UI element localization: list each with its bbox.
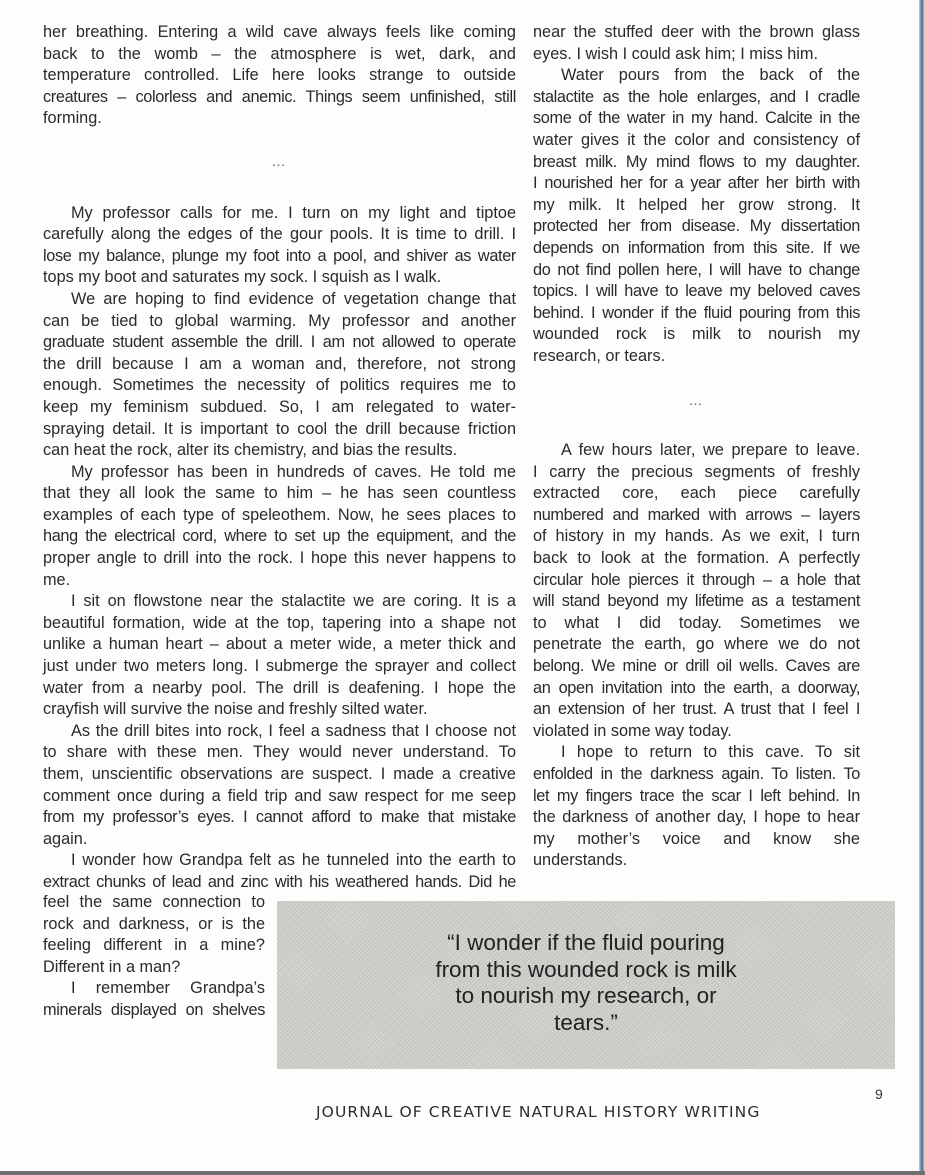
section-separator: … — [43, 151, 516, 173]
pull-quote-line: tears.” — [406, 1010, 766, 1037]
text-line: let my fingers trace the scar I left beh… — [533, 786, 860, 808]
text-line: stalactite as the hole enlarges, and I c… — [533, 87, 860, 109]
paragraph-hope-to-return: I hope to return to this cave. To sit en… — [533, 742, 860, 872]
text-line: that they all look the same to him – he … — [43, 483, 516, 505]
left-column: her breathing. Entering a wild cave alwa… — [43, 22, 516, 894]
text-line: back to look at the formation. A perfect… — [533, 548, 860, 570]
text-line: do not find pollen here, I will have to … — [533, 260, 860, 282]
text-line: I wonder how Grandpa felt as he tunneled… — [43, 850, 516, 872]
text-line: belong. We mine or drill oil wells. Cave… — [533, 656, 860, 678]
text-line: penetrate the earth, go where we do not — [533, 634, 860, 656]
text-line: We are hoping to find evidence of vegeta… — [43, 289, 516, 311]
text-line: tops my boot and saturates my sock. I sq… — [43, 267, 516, 289]
text-line: near the stuffed deer with the brown gla… — [533, 22, 860, 44]
page-number: 9 — [875, 1086, 883, 1102]
paragraph-stuffed-deer: near the stuffed deer with the brown gla… — [533, 22, 860, 65]
text-line: My professor has been in hundreds of cav… — [43, 462, 516, 484]
text-line: creatures – colorless and anemic. Things… — [43, 87, 516, 109]
text-line: her breathing. Entering a wild cave alwa… — [43, 22, 516, 44]
paragraph-drill-bites: As the drill bites into rock, I feel a s… — [43, 721, 516, 851]
text-line: I sit on flowstone near the stalactite w… — [43, 591, 516, 613]
text-line: keep my feminism subdued. So, I am releg… — [43, 397, 516, 419]
page-edge-bottom — [0, 1171, 925, 1175]
text-line: carefully along the edges of the gour po… — [43, 224, 516, 246]
spacer — [43, 173, 516, 203]
text-line: I nourished her for a year after her bir… — [533, 173, 860, 195]
text-line: the drill because I am a woman and, ther… — [43, 354, 516, 376]
text-line: just under two meters long. I submerge t… — [43, 656, 516, 678]
text-line: I carry the precious segments of freshly — [533, 462, 860, 484]
paragraph-hundreds-of-caves: My professor has been in hundreds of cav… — [43, 462, 516, 592]
text-line: again. — [43, 829, 516, 851]
text-line: crayfish will survive the noise and fres… — [43, 699, 516, 721]
paragraph-grandpa-tunneled: I wonder how Grandpa felt as he tunneled… — [43, 850, 516, 893]
text-line: me. — [43, 570, 516, 592]
section-separator: … — [533, 390, 860, 412]
text-line: I remember Grandpa’s — [43, 978, 265, 1000]
pull-quote-line: to nourish my research, or — [406, 983, 766, 1010]
text-line: extracted core, each piece carefully — [533, 483, 860, 505]
text-line: beautiful formation, wide at the top, ta… — [43, 613, 516, 635]
text-line: will stand beyond my lifetime as a testa… — [533, 591, 860, 613]
text-line: extract chunks of lead and zinc with his… — [43, 872, 516, 894]
text-line: to what I did today. Sometimes we — [533, 613, 860, 635]
paragraph-flowstone: I sit on flowstone near the stalactite w… — [43, 591, 516, 721]
text-line: an extension of her trust. A trust that … — [533, 699, 860, 721]
text-line: My professor calls for me. I turn on my … — [43, 203, 516, 225]
text-line: behind. I wonder if the fluid pouring fr… — [533, 303, 860, 325]
text-line: lose my balance, plunge my foot into a p… — [43, 246, 516, 268]
text-line: hang the electrical cord, where to set u… — [43, 526, 516, 548]
text-line: breast milk. My mind flows to my daughte… — [533, 152, 860, 174]
text-line: an open invitation into the earth, a doo… — [533, 678, 860, 700]
text-line: water from a nearby pool. The drill is d… — [43, 678, 516, 700]
page-edge-right — [919, 0, 925, 1175]
text-line: comment once during a field trip and saw… — [43, 786, 516, 808]
text-line: wounded rock is milk to nourish my — [533, 324, 860, 346]
text-line: forming. — [43, 108, 516, 130]
text-line: depends on information from this site. I… — [533, 238, 860, 260]
right-column: near the stuffed deer with the brown gla… — [533, 22, 860, 872]
text-line: protected her from disease. My dissertat… — [533, 216, 860, 238]
text-line: of history in my hands. As we exit, I tu… — [533, 526, 860, 548]
spacer — [43, 130, 516, 151]
text-line: rock and darkness, or is the — [43, 914, 265, 936]
text-line: some of the water in my hand. Calcite in… — [533, 108, 860, 130]
text-line: feeling different in a mine? — [43, 935, 265, 957]
text-line: circular hole pierces it through – a hol… — [533, 570, 860, 592]
paragraph-few-hours-later: A few hours later, we prepare to leave. … — [533, 440, 860, 742]
text-line: Water pours from the back of the — [533, 65, 860, 87]
text-line: enough. Sometimes the necessity of polit… — [43, 375, 516, 397]
journal-title-footer: JOURNAL OF CREATIVE NATURAL HISTORY WRIT… — [316, 1103, 760, 1121]
text-line: topics. I will have to leave my beloved … — [533, 281, 860, 303]
text-line: graduate student assemble the drill. I a… — [43, 332, 516, 354]
text-line: water gives it the color and consistency… — [533, 130, 860, 152]
text-line: from my professor’s eyes. I cannot affor… — [43, 807, 516, 829]
text-line: back to the womb – the atmosphere is wet… — [43, 44, 516, 66]
text-line: research, or tears. — [533, 346, 860, 368]
text-line: examples of each type of speleothem. Now… — [43, 505, 516, 527]
text-line: understands. — [533, 850, 860, 872]
text-line: spraying detail. It is important to cool… — [43, 419, 516, 441]
text-line: feel the same connection to — [43, 892, 265, 914]
text-line: my mother’s voice and know she — [533, 829, 860, 851]
text-line: unlike a human heart – about a meter wid… — [43, 634, 516, 656]
pull-quote-text: “I wonder if the fluid pouring from this… — [406, 930, 766, 1036]
left-column-narrow-wrap: feel the same connection to rock and dar… — [43, 892, 265, 1022]
pull-quote-line: from this wounded rock is milk — [406, 957, 766, 984]
spacer — [533, 368, 860, 390]
text-line: the darkness of another day, I hope to h… — [533, 807, 860, 829]
text-line: enfolded in the darkness again. To liste… — [533, 764, 860, 786]
text-line: I hope to return to this cave. To sit — [533, 742, 860, 764]
pull-quote-box: “I wonder if the fluid pouring from this… — [277, 901, 895, 1069]
text-line: numbered and marked with arrows – layers — [533, 505, 860, 527]
text-line: temperature controlled. Life here looks … — [43, 65, 516, 87]
text-line: proper angle to drill into the rock. I h… — [43, 548, 516, 570]
text-line: violated in some way today. — [533, 721, 860, 743]
text-line: minerals displayed on shelves — [43, 1000, 265, 1022]
text-line: can be tied to global warming. My profes… — [43, 311, 516, 333]
text-line: them, unscientific observations are susp… — [43, 764, 516, 786]
text-line: eyes. I wish I could ask him; I miss him… — [533, 44, 860, 66]
paragraph-water-pours: Water pours from the back of the stalact… — [533, 65, 860, 367]
spacer — [533, 411, 860, 440]
text-line: my milk. It helped her grow strong. It — [533, 195, 860, 217]
paragraph-professor-calls: My professor calls for me. I turn on my … — [43, 203, 516, 289]
text-line: can heat the rock, alter its chemistry, … — [43, 440, 516, 462]
paragraph-vegetation-change: We are hoping to find evidence of vegeta… — [43, 289, 516, 462]
text-line: A few hours later, we prepare to leave. — [533, 440, 860, 462]
text-line: As the drill bites into rock, I feel a s… — [43, 721, 516, 743]
text-line: to share with these men. They would neve… — [43, 742, 516, 764]
pull-quote-line: “I wonder if the fluid pouring — [406, 930, 766, 957]
text-line: Different in a man? — [43, 957, 265, 979]
